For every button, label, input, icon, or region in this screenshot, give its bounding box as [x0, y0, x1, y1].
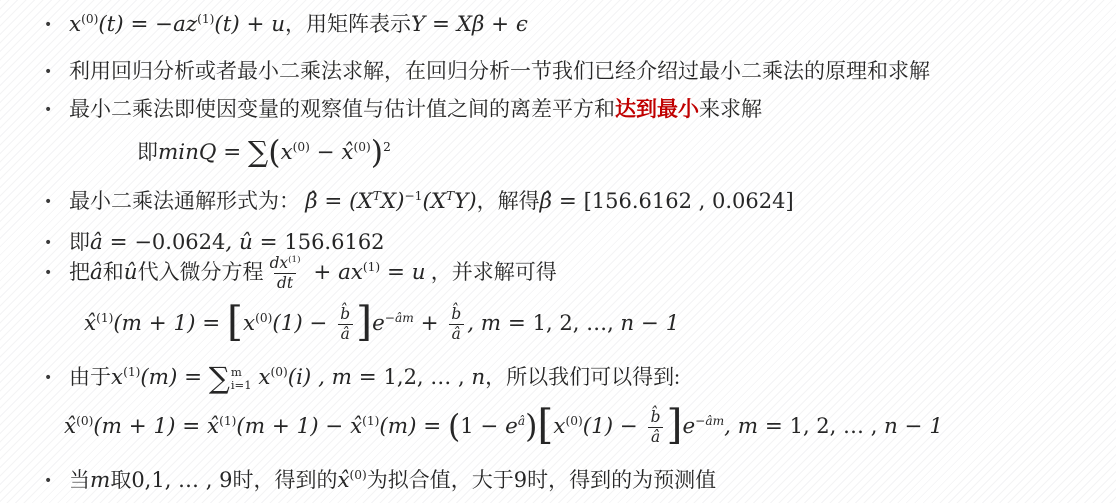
math-number: [156.6162 , 0.0624] — [584, 189, 794, 213]
superscript: (0) — [255, 311, 272, 325]
formula-line: x̂(0)(m + 1) = x̂(1)(m + 1) − x̂(1)(m) =… — [64, 409, 943, 447]
math-text: (t) + u — [214, 12, 285, 37]
math-text: (1) − — [272, 311, 334, 336]
superscript: (1) — [362, 414, 379, 428]
math-text: , m = — [724, 414, 789, 439]
fraction-numerator: b̂ — [448, 306, 464, 324]
math-text: (X — [422, 189, 446, 214]
math-text: − x̂ — [310, 140, 354, 165]
math-text: Y) — [454, 189, 476, 214]
fraction-denominator: â — [449, 324, 464, 343]
chinese-text: 和 — [103, 260, 124, 284]
math-text: n − 1 — [884, 414, 943, 439]
math-text: , û = — [225, 230, 284, 255]
slide-content: •x(0)(t) = −az(1)(t) + u，用矩阵表示Y = Xβ + ϵ… — [0, 0, 1116, 503]
math-number: −0.0624 — [134, 230, 225, 254]
chinese-text: 取 — [110, 468, 131, 492]
fraction-denominator: â — [648, 427, 663, 446]
math-text: e — [372, 311, 385, 336]
superscript: T — [373, 189, 381, 203]
bullet-line: •利用回归分析或者最小二乘法求解，在回归分析一节我们已经介绍过最小二乘法的原理和… — [44, 55, 930, 85]
math-text: n — [471, 365, 485, 390]
bullet-line: •把â和û代入微分方程dx(1)dt + ax(1) = u ，并求解可得 — [44, 255, 557, 293]
big-bracket: ( — [448, 408, 460, 444]
superscript: (1) — [123, 365, 140, 379]
bullet-line: •最小二乘法通解形式为： β̂ = (XTX)−1(XTY)，解得β̂ = [1… — [44, 185, 794, 215]
bullet-line: •最小二乘法即使因变量的观察值与估计值之间的离差平方和达到最小来求解 — [44, 93, 762, 123]
fraction: b̂â — [648, 409, 664, 447]
bullet-icon: • — [44, 235, 69, 251]
line-content: x̂(0)(m + 1) = x̂(1)(m + 1) − x̂(1)(m) =… — [64, 414, 943, 438]
math-number: 9 — [514, 468, 527, 492]
bullet-line: •x(0)(t) = −az(1)(t) + u，用矩阵表示Y = Xβ + ϵ — [44, 8, 528, 38]
bullet-icon: • — [44, 370, 69, 386]
math-number: 1 — [460, 414, 473, 438]
math-text: x̂ — [84, 311, 96, 336]
math-text: m — [90, 468, 110, 493]
chinese-text: ，并求解可得 — [426, 260, 557, 284]
chinese-text: 代入微分方程 — [138, 260, 264, 284]
big-bracket: ) — [525, 408, 537, 444]
fraction-numerator: b̂ — [337, 306, 353, 324]
math-text: (m) = — [140, 365, 209, 390]
summation: ∑mi=1 — [209, 364, 252, 393]
big-bracket: ] — [666, 400, 682, 448]
line-content: 利用回归分析或者最小二乘法求解，在回归分析一节我们已经介绍过最小二乘法的原理和求… — [69, 59, 930, 83]
math-text: − e — [474, 414, 518, 439]
math-text: â = — [90, 230, 134, 255]
superscript: (1) — [288, 255, 300, 265]
superscript: (0) — [293, 140, 310, 154]
math-number: 0,1, … , 9 — [131, 468, 232, 492]
line-content: 即minQ = ∑(x(0) − x̂(0))2 — [137, 140, 391, 164]
math-text: minQ — [158, 140, 216, 165]
bullet-icon: • — [44, 17, 69, 33]
superscript: (1) — [219, 414, 236, 428]
superscript: −1 — [404, 189, 422, 203]
line-content: 即â = −0.0624, û = 156.6162 — [69, 230, 385, 254]
bullet-icon: • — [44, 473, 69, 489]
math-text: + — [414, 311, 446, 336]
math-text: e — [682, 414, 695, 439]
math-text: x — [553, 414, 565, 439]
math-text: x — [281, 140, 293, 165]
big-bracket: [ — [537, 400, 553, 448]
math-text: dt — [277, 274, 293, 292]
math-text: (m + 1) = — [113, 311, 227, 336]
math-text: û — [124, 260, 138, 285]
math-text: (m) = — [379, 414, 448, 439]
chinese-text: 由于 — [69, 365, 111, 389]
bullet-line: •即â = −0.0624, û = 156.6162 — [44, 226, 385, 256]
chinese-text: 即 — [69, 230, 90, 254]
math-text: x̂ — [337, 468, 349, 493]
math-text: x — [243, 311, 255, 336]
chinese-text: 利用回归分析或者最小二乘法求解，在回归分析一节我们已经介绍过最小二乘法的原理和求… — [69, 59, 930, 83]
superscript: (1) — [96, 311, 113, 325]
math-text: b̂ — [651, 408, 661, 426]
big-bracket: [ — [227, 297, 243, 345]
superscript: (0) — [354, 140, 371, 154]
line-content: x(0)(t) = −az(1)(t) + u，用矩阵表示Y = Xβ + ϵ — [69, 12, 528, 36]
math-text: x — [69, 12, 81, 37]
chinese-text: 来求解 — [699, 97, 762, 121]
math-text: (t) = −az — [98, 12, 197, 37]
math-text: b̂ — [340, 305, 350, 323]
sigma-symbol: ∑ — [209, 364, 230, 393]
math-text: β̂ = — [540, 189, 584, 214]
math-text: (m + 1) − x̂ — [236, 414, 362, 439]
superscript: (1) — [363, 260, 380, 274]
chinese-text: 把 — [69, 260, 90, 284]
math-text: , m = — [467, 311, 532, 336]
math-text: b̂ — [451, 305, 461, 323]
math-text: â — [90, 260, 103, 285]
superscript: −âm — [695, 414, 724, 428]
bullet-line: •当m取0,1, … , 9时，得到的x̂(0)为拟合值，大于9时，得到的为预测… — [44, 464, 716, 494]
superscript: (0) — [565, 414, 582, 428]
chinese-text: ，用矩阵表示 — [285, 12, 411, 36]
fraction-numerator: b̂ — [648, 409, 664, 427]
math-text: Y = Xβ + ϵ — [411, 12, 528, 37]
math-text: n − 1 — [620, 311, 679, 336]
line-content: 由于x(1)(m) = ∑mi=1 x(0)(i) , m = 1,2, … ,… — [69, 365, 680, 389]
math-text: (i) , m = — [288, 365, 384, 390]
chinese-text: 时，得到的 — [232, 468, 337, 492]
summation-upper-limit: m — [231, 366, 242, 379]
fraction: b̂â — [448, 306, 464, 344]
summation-limits: mi=1 — [231, 366, 252, 393]
chinese-text: ，所以我们可以得到: — [485, 365, 680, 389]
superscript: (0) — [350, 468, 367, 482]
chinese-text: 最小二乘法通解形式为： — [69, 189, 305, 213]
line-content: 最小二乘法通解形式为： β̂ = (XTX)−1(XTY)，解得β̂ = [15… — [69, 189, 794, 213]
bullet-icon: • — [44, 64, 69, 80]
math-text: X) — [381, 189, 405, 214]
chinese-text: 最小二乘法即使因变量的观察值与估计值之间的离差平方和 — [69, 97, 615, 121]
bullet-line: •由于x(1)(m) = ∑mi=1 x(0)(i) , m = 1,2, … … — [44, 361, 680, 394]
math-number: 1,2, … , — [384, 365, 472, 389]
fraction-denominator: â — [338, 324, 353, 343]
math-text: dx — [270, 254, 289, 272]
bullet-icon: • — [44, 194, 69, 210]
math-text: x — [111, 365, 123, 390]
superscript: (1) — [197, 12, 214, 26]
math-text: (m + 1) = x̂ — [93, 414, 219, 439]
chinese-text: 当 — [69, 468, 90, 492]
chinese-text: 时，得到的为预测值 — [527, 468, 716, 492]
math-number: 1, 2, …, — [533, 311, 621, 335]
superscript: 2 — [383, 140, 391, 154]
big-bracket: ( — [268, 135, 280, 171]
math-text: x̂ — [64, 414, 76, 439]
formula-line: x̂(1)(m + 1) = [x(0)(1) − b̂â]e−âm + b̂â… — [84, 306, 679, 344]
formula-line: 即minQ = ∑(x(0) − x̂(0))2 — [137, 136, 391, 166]
superscript: (0) — [81, 12, 98, 26]
superscript: T — [446, 189, 454, 203]
math-text: = u — [380, 260, 425, 285]
math-text: = — [216, 140, 248, 165]
summation-lower-limit: i=1 — [231, 379, 252, 392]
bullet-icon: • — [44, 102, 69, 118]
fraction-numerator: dx(1) — [267, 255, 304, 273]
math-text: + ax — [307, 260, 363, 285]
superscript: −âm — [385, 311, 414, 325]
superscript: (0) — [270, 365, 287, 379]
math-number: 156.6162 — [284, 230, 384, 254]
big-bracket: ] — [356, 297, 372, 345]
math-number: 1, 2, … , — [790, 414, 884, 438]
fraction: dx(1)dt — [267, 255, 304, 293]
line-content: 最小二乘法即使因变量的观察值与估计值之间的离差平方和达到最小来求解 — [69, 97, 762, 121]
math-text: â — [452, 325, 461, 343]
chinese-text: 即 — [137, 140, 158, 164]
bullet-icon: • — [44, 265, 69, 281]
superscript: (0) — [76, 414, 93, 428]
sigma-symbol: ∑ — [248, 135, 268, 168]
line-content: 把â和û代入微分方程dx(1)dt + ax(1) = u ，并求解可得 — [69, 260, 557, 284]
math-text: β̂ = (X — [305, 189, 373, 214]
math-text: (1) − — [583, 414, 645, 439]
line-content: x̂(1)(m + 1) = [x(0)(1) − b̂â]e−âm + b̂â… — [84, 311, 679, 335]
math-text: â — [341, 325, 350, 343]
math-text: x — [252, 365, 271, 390]
big-bracket: ) — [371, 135, 383, 171]
math-text: â — [651, 428, 660, 446]
line-content: 当m取0,1, … , 9时，得到的x̂(0)为拟合值，大于9时，得到的为预测值 — [69, 468, 716, 492]
highlight-red-text: 达到最小 — [615, 97, 699, 121]
fraction-denominator: dt — [274, 273, 296, 292]
chinese-text: 为拟合值，大于 — [367, 468, 514, 492]
chinese-text: ，解得 — [477, 189, 540, 213]
fraction: b̂â — [337, 306, 353, 344]
